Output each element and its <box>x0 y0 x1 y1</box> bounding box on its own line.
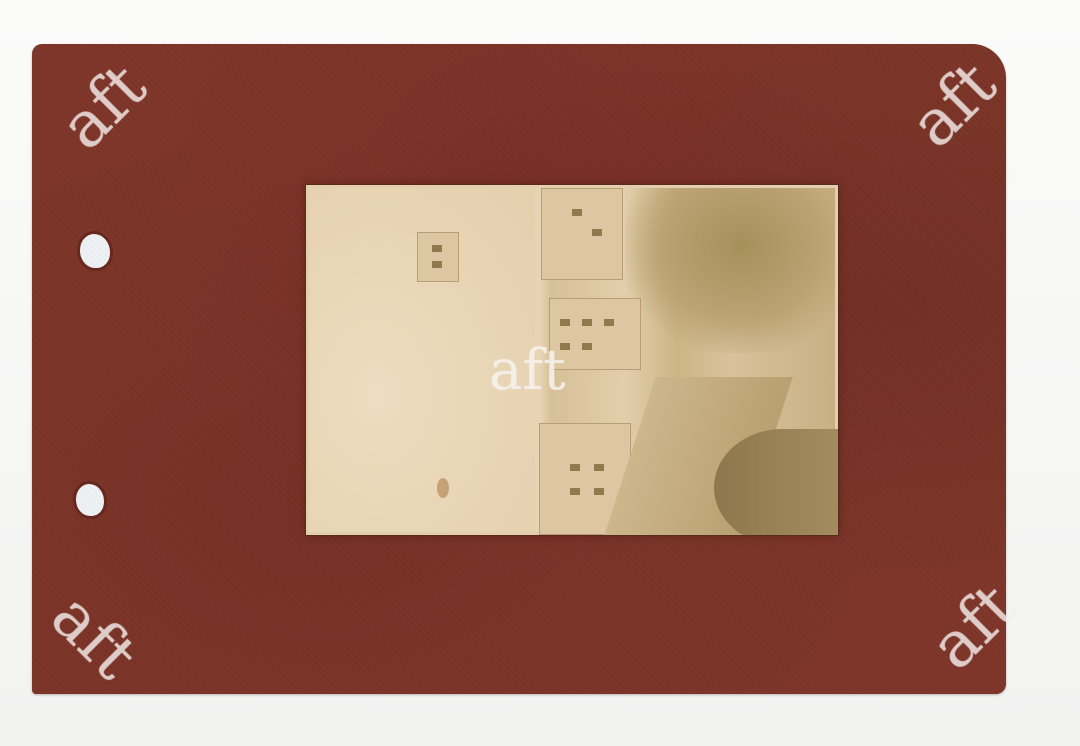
photo-building-middle <box>549 298 641 370</box>
punch-hole-top <box>80 234 110 268</box>
photo-building-top <box>541 188 623 280</box>
handwritten-caption <box>864 175 954 555</box>
punch-hole-bottom <box>76 484 104 516</box>
photo-tower <box>417 232 459 282</box>
photo-image: aft <box>309 188 835 532</box>
photo-stain <box>437 478 449 498</box>
photo-trees <box>625 188 835 353</box>
mounted-photograph: aft <box>306 185 838 535</box>
